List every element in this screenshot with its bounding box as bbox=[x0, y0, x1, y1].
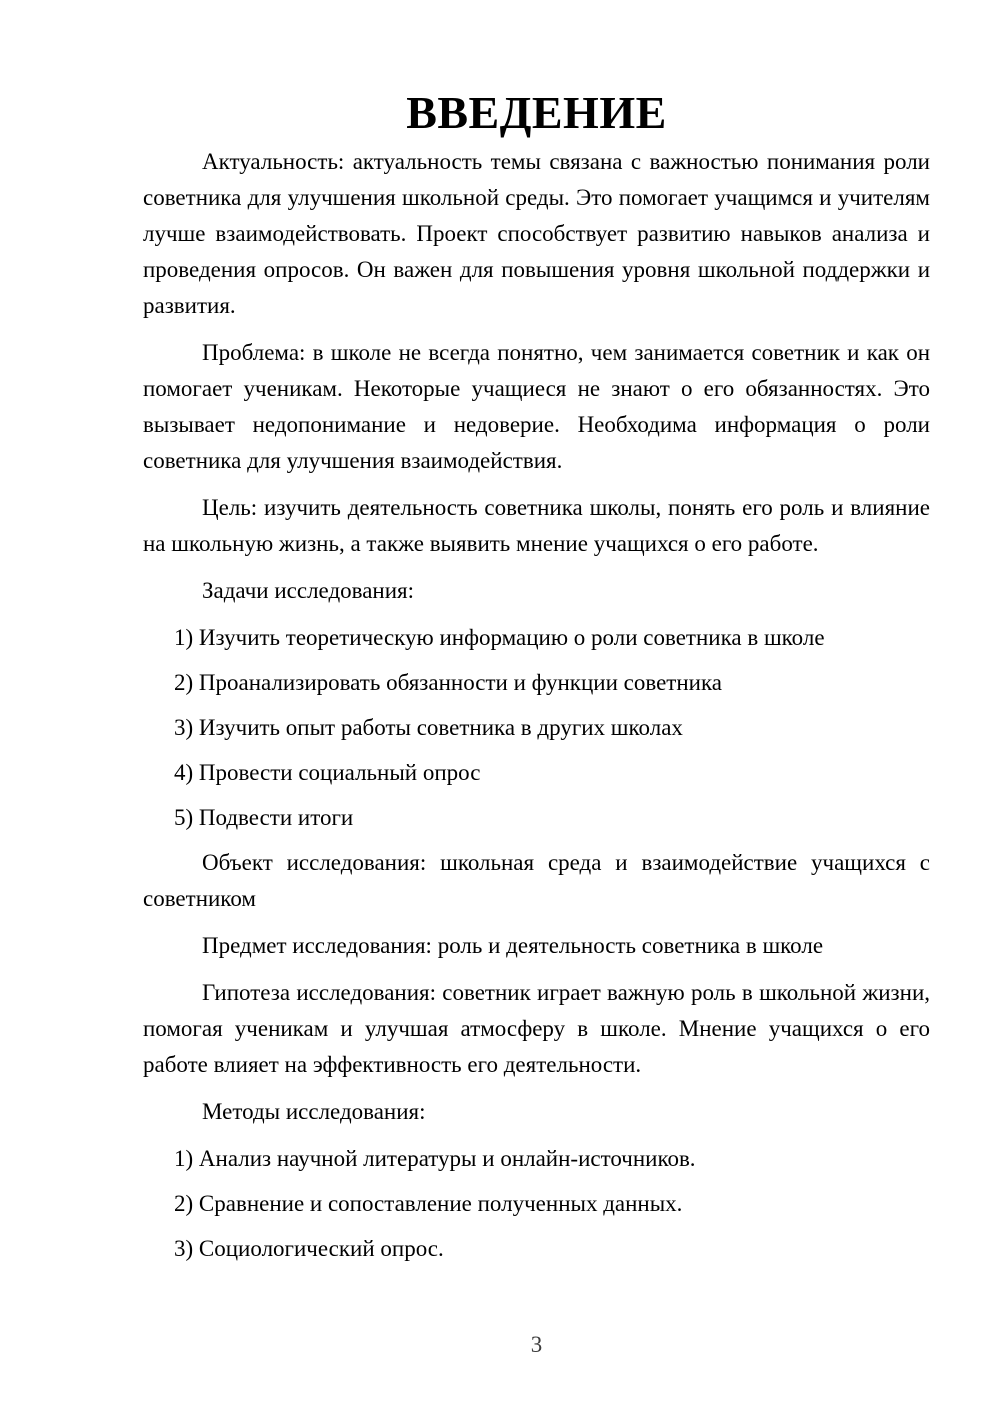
task-item-4: 4) Провести социальный опрос bbox=[174, 755, 930, 791]
page-number: 3 bbox=[143, 1327, 930, 1363]
task-item-1: 1) Изучить теоретическую информацию о ро… bbox=[174, 620, 930, 656]
tasks-heading: Задачи исследования: bbox=[143, 573, 930, 609]
page-title: ВВЕДЕНИЕ bbox=[143, 95, 930, 131]
method-item-2: 2) Сравнение и сопоставление полученных … bbox=[174, 1186, 930, 1222]
document-page: ВВЕДЕНИЕ Актуальность: актуальность темы… bbox=[0, 0, 1000, 1414]
paragraph-goal: Цель: изучить деятельность советника шко… bbox=[143, 490, 930, 562]
paragraph-hypothesis: Гипотеза исследования: советник играет в… bbox=[143, 975, 930, 1083]
paragraph-subject: Предмет исследования: роль и деятельност… bbox=[143, 928, 930, 964]
task-item-3: 3) Изучить опыт работы советника в други… bbox=[174, 710, 930, 746]
methods-list: 1) Анализ научной литературы и онлайн-ис… bbox=[143, 1141, 930, 1267]
method-item-3: 3) Социологический опрос. bbox=[174, 1231, 930, 1267]
paragraph-relevance: Актуальность: актуальность темы связана … bbox=[143, 144, 930, 324]
tasks-list: 1) Изучить теоретическую информацию о ро… bbox=[143, 620, 930, 836]
paragraph-problem: Проблема: в школе не всегда понятно, чем… bbox=[143, 335, 930, 479]
task-item-2: 2) Проанализировать обязанности и функци… bbox=[174, 665, 930, 701]
task-item-5: 5) Подвести итоги bbox=[174, 800, 930, 836]
method-item-1: 1) Анализ научной литературы и онлайн-ис… bbox=[174, 1141, 930, 1177]
methods-heading: Методы исследования: bbox=[143, 1094, 930, 1130]
paragraph-object: Объект исследования: школьная среда и вз… bbox=[143, 845, 930, 917]
